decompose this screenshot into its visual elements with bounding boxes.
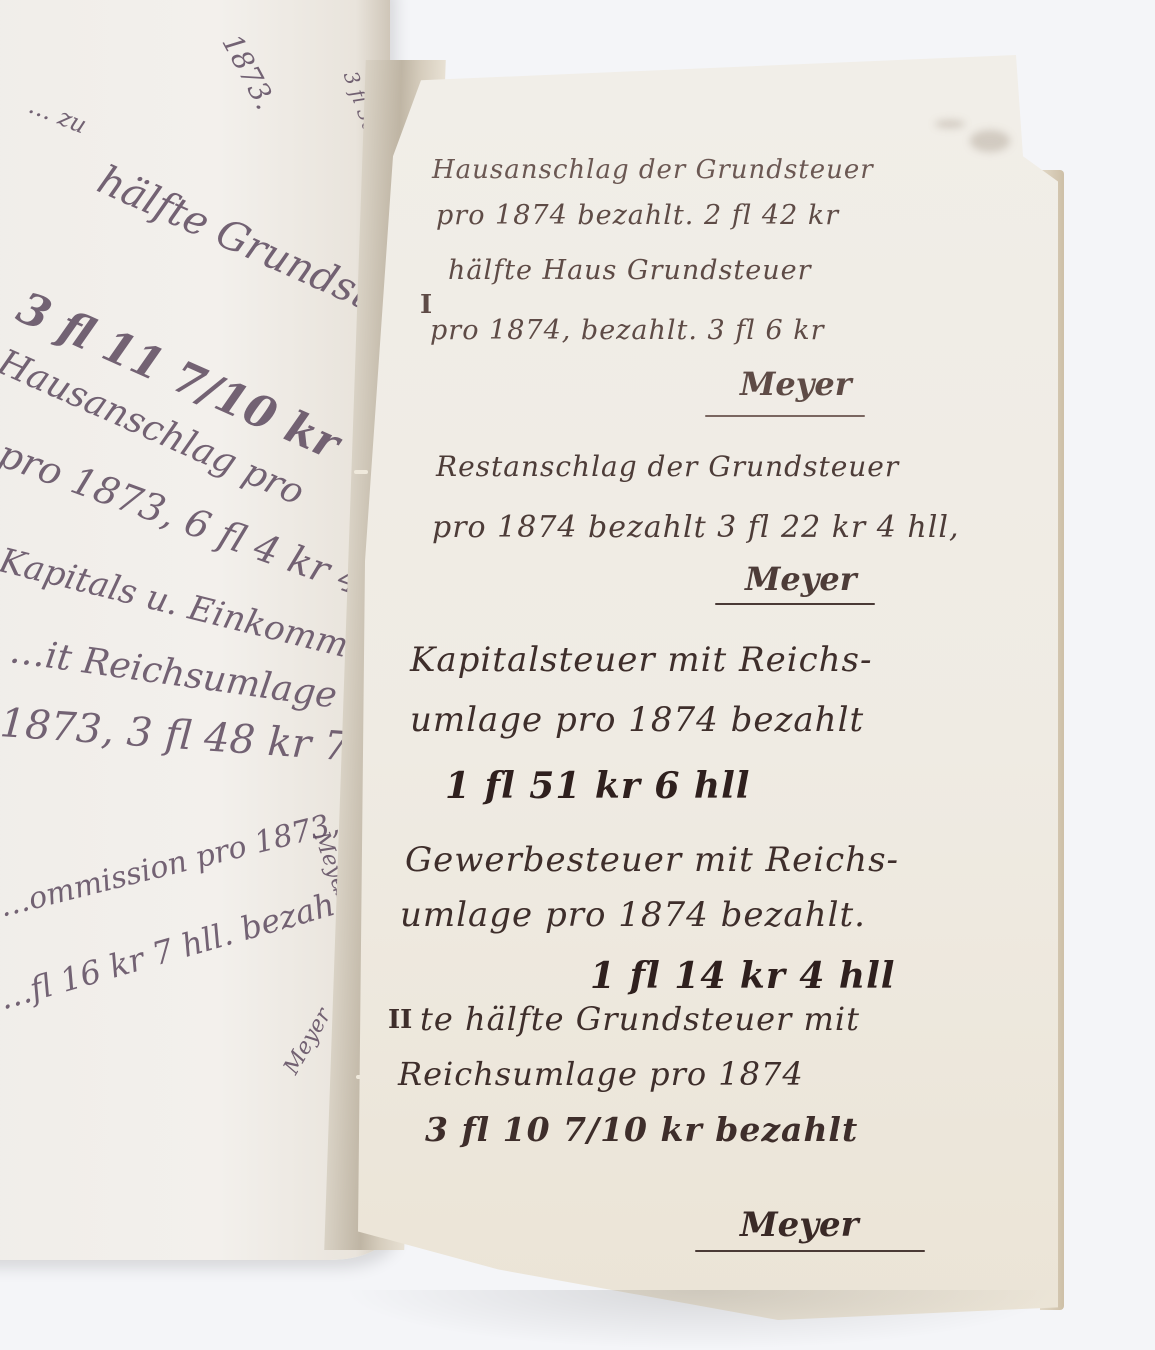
- photo-scene: 1873. 3 fl 30 … zu hälfte Grundst… 3 fl …: [0, 0, 1155, 1350]
- left-line: … zu: [25, 91, 91, 139]
- book-shadow: [340, 1290, 1060, 1350]
- entry-5-signature: Meyer: [740, 1205, 859, 1245]
- paper-stain: [935, 120, 965, 128]
- entry-3-amount: 1 fl 51 kr 6 hll: [445, 765, 750, 807]
- entry-5-line-1: te hälfte Grundsteuer mit: [420, 1000, 860, 1038]
- entry-4-line-1: Gewerbesteuer mit Reichs-: [405, 840, 899, 880]
- entry-5-roman-numeral: II: [388, 1005, 412, 1035]
- binding-thread: [354, 470, 368, 474]
- entry-2-line-2: pro 1874 bezahlt 3 fl 22 kr 4 hll,: [432, 510, 959, 545]
- entry-4-line-2: umlage pro 1874 bezahlt.: [400, 895, 866, 935]
- left-signature: Meyer: [279, 1004, 336, 1078]
- entry-2-signature: Meyer: [745, 560, 857, 598]
- signature-underline: [695, 1250, 925, 1252]
- entry-2-line-1: Restanschlag der Grundsteuer: [436, 450, 899, 483]
- left-line: 1873.: [215, 29, 282, 115]
- entry-5-line-3: 3 fl 10 7/10 kr bezahlt: [425, 1110, 858, 1149]
- entry-3-line-2: umlage pro 1874 bezahlt: [410, 700, 864, 740]
- entry-1-line-1: Hausanschlag der Grundsteuer: [432, 155, 874, 185]
- signature-underline: [705, 415, 865, 417]
- left-line: hälfte Grundst…: [91, 157, 390, 335]
- signature-underline: [715, 603, 875, 605]
- entry-1-signature: Meyer: [740, 365, 852, 403]
- entry-1-line-2: pro 1874 bezahlt. 2 fl 42 kr: [436, 200, 839, 231]
- entry-1-line-4: pro 1874, bezahlt. 3 fl 6 kr: [430, 315, 825, 346]
- entry-5-line-2: Reichsumlage pro 1874: [398, 1055, 804, 1093]
- entry-1-line-3: hälfte Haus Grundsteuer: [448, 255, 812, 286]
- paper-stain: [970, 130, 1010, 152]
- entry-3-line-1: Kapitalsteuer mit Reichs-: [410, 640, 872, 680]
- entry-4-amount: 1 fl 14 kr 4 hll: [590, 955, 895, 997]
